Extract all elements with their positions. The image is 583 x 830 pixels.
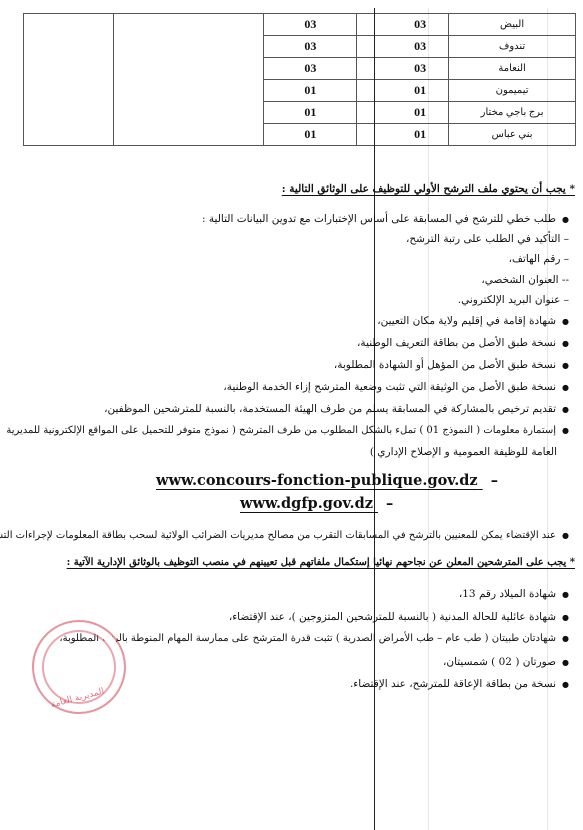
value-cell: 03 — [357, 58, 449, 80]
value-cell: 03 — [357, 14, 449, 36]
value-cell: 01 — [264, 124, 357, 146]
list-item: نسخة من بطاقة الإعاقة للمترشح، عند الإقت… — [350, 677, 569, 692]
list-item: شهادتان طبيتان ( طب عام – طب الأمراض الص… — [59, 632, 569, 646]
list-item: إستمارة معلومات ( النموذج 01 ) تملء بالش… — [6, 424, 569, 438]
location-cell: برج باجي مختار — [449, 102, 576, 124]
location-cell: تيميمون — [449, 80, 576, 102]
value-cell: 01 — [264, 102, 357, 124]
note-item: عند الإقتضاء يمكن للمعنيين بالترشح في ال… — [0, 529, 569, 543]
official-stamp: المديرية العامة — [21, 609, 136, 724]
value-cell: 01 — [357, 102, 449, 124]
location-cell: تندوف — [449, 36, 576, 58]
value-cell: 01 — [357, 124, 449, 146]
location-cell: النعامة — [449, 58, 576, 80]
dash: – — [491, 472, 498, 489]
location-cell: بني عباس — [449, 124, 576, 146]
list-item: شهادة إقامة في إقليم ولاية مكان التعيين، — [377, 314, 569, 329]
list-item: طلب خطي للترشح في المسابقة على أساس الإخ… — [202, 212, 569, 227]
empty-cell — [24, 14, 114, 146]
value-cell: 03 — [357, 36, 449, 58]
value-cell: 03 — [264, 58, 357, 80]
value-cell: 01 — [264, 80, 357, 102]
location-cell: البيض — [449, 14, 576, 36]
sub-item: – عنوان البريد الإلكتروني. — [458, 293, 569, 307]
list-item: نسخة طبق الأصل من المؤهل أو الشهادة المط… — [334, 358, 569, 373]
sub-item: – التأكيد في الطلب على رتبة الترشح، — [406, 232, 569, 246]
stamp-text: المديرية العامة — [50, 687, 106, 711]
empty-cell — [113, 14, 264, 146]
value-cell: 03 — [264, 14, 357, 36]
scan-fold-line — [374, 8, 375, 830]
distribution-table: 03 03 البيض 03 03 تندوف 03 03 النعامة 01… — [23, 13, 576, 146]
url-text[interactable]: www.concours-fonction-publique.gov.dz — [156, 472, 478, 489]
list-item: صورتان ( 02 ) شمسيتان، — [443, 655, 569, 670]
list-item-continuation: العامة للوظيفة العمومية و الإصلاح الإدار… — [370, 445, 557, 459]
list-item: تقديم ترخيص بالمشاركة في المسابقة يسلم م… — [104, 402, 569, 417]
list-item: شهادة عائلية للحالة المدنية ( بالنسبة لل… — [229, 610, 569, 625]
value-cell: 01 — [357, 80, 449, 102]
sub-item: -- العنوان الشخصي، — [481, 273, 569, 287]
list-item: نسخة طبق الأصل من بطاقة التعريف الوطنية، — [357, 336, 569, 351]
value-cell: 03 — [264, 36, 357, 58]
section2-heading: * يجب على المترشحين المعلن عن نجاحهم نها… — [67, 556, 575, 570]
list-item: شهادة الميلاد رقم 13، — [459, 587, 569, 602]
dash: – — [386, 495, 393, 512]
url-link[interactable]: www.concours-fonction-publique.gov.dz – — [156, 472, 498, 489]
list-item: نسخة طبق الأصل من الوثيقة التي تثبت وضعي… — [223, 380, 569, 395]
sub-item: – رقم الهاتف، — [509, 252, 569, 266]
url-link[interactable]: www.dgfp.gov.dz – — [240, 495, 393, 512]
url-text[interactable]: www.dgfp.gov.dz — [240, 495, 373, 512]
section1-heading: * يجب أن يحتوي ملف الترشح الأولي للتوظيف… — [282, 182, 575, 196]
table-row: 03 03 البيض — [24, 14, 576, 36]
